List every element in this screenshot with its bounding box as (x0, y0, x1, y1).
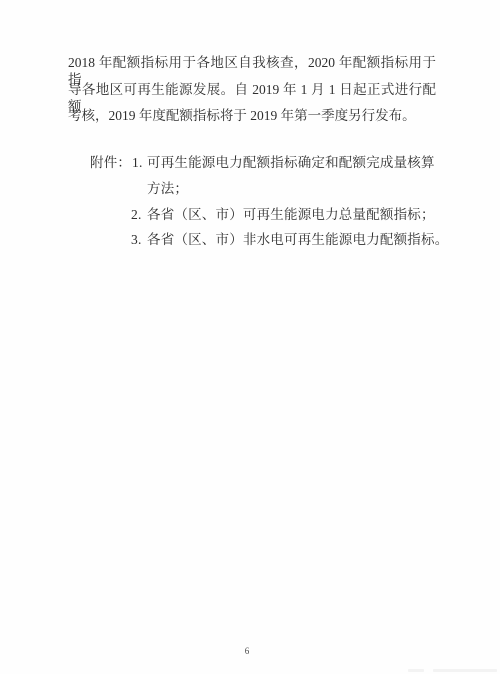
attachment-item-text: 可再生能源电力配额指标确定和配额完成量核算 (147, 154, 435, 171)
attachment-item-text: 各省（区、市）非水电可再生能源电力配额指标。 (147, 231, 448, 248)
scan-artifact (408, 669, 424, 672)
attachments-label: 附件： (90, 154, 131, 171)
paragraph-line: 考核，2019 年度配额指标将于 2019 年第一季度另行发布。 (68, 107, 436, 124)
attachment-item-number: 1. (132, 154, 143, 171)
attachment-item-text: 各省（区、市）可再生能源电力总量配额指标； (147, 206, 435, 223)
scan-artifact (433, 669, 497, 672)
attachment-item-text-continuation: 方法； (147, 180, 188, 197)
page-number: 6 (0, 646, 494, 656)
attachment-item-number: 3. (131, 231, 142, 248)
document-page: 2018 年配额指标用于各地区自我核查，2020 年配额指标用于指 导各地区可再… (0, 0, 500, 674)
attachment-item-number: 2. (131, 206, 142, 223)
